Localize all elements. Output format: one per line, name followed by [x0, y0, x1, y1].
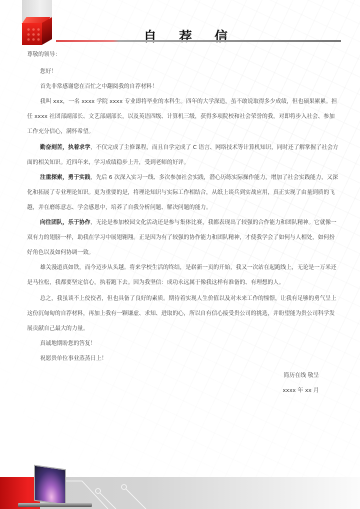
date: xxxx 年 xx 月 [27, 384, 339, 399]
title-divider [56, 40, 341, 42]
salutation: 尊敬的领导： [27, 48, 339, 63]
paragraph-study: 勤奋刻苦，执着求学，不仅完成了主修课程，而且自学完成了 C 语言、网络技术等计算… [27, 141, 339, 171]
paragraph-background: 我叫 xxx，一名 xxxx 学院 xxxx 专业即将毕业的本科生。四年的大学深… [27, 95, 339, 140]
paragraph-teamwork: 向往团队，乐于协作，无论是参加校园文化活动还是参与集体比赛，我都表现出了较强的合… [27, 216, 339, 261]
closing-reply: 真诚地期盼您的答复！ [27, 337, 339, 352]
letter-body: 尊敬的领导： 您好！ 首先非常感谢您在百忙之中翻阅我的自荐材料！ 我叫 xxx，… [27, 48, 339, 399]
highlight-teamwork: 向往团队，乐于协作 [40, 220, 90, 226]
paragraph-practice: 注重探索，勇于实践，先后 6 次深入实习一线、多次参加社会实践，潜心历练实际操作… [27, 171, 339, 216]
highlight-study: 勤奋刻苦，执着求学 [40, 145, 90, 151]
footer-banner [0, 477, 360, 509]
highlight-practice: 注重探索，勇于实践 [40, 175, 90, 181]
paragraph-summary: 总之，我虽谈不上佼佼者，但也具备了良好的素质。期待着实现人生价值以及对未来工作的… [27, 292, 339, 337]
laptop-image [18, 467, 94, 507]
intro-paragraph: 首先非常感谢您在百忙之中翻阅我的自荐材料！ [27, 80, 339, 95]
page-title: 自 荐 信 [0, 26, 360, 45]
paragraph-future: 雄关漫道真如铁，而今迈步从头越。将来学校生活的终结，是崭新一页的开始，我又一次站… [27, 261, 339, 291]
greeting: 您好！ [27, 65, 339, 80]
closing-wishes: 祝愿贵单位事业蒸蒸日上！ [27, 352, 339, 367]
signature: 简历在线 敬呈 [27, 369, 339, 384]
